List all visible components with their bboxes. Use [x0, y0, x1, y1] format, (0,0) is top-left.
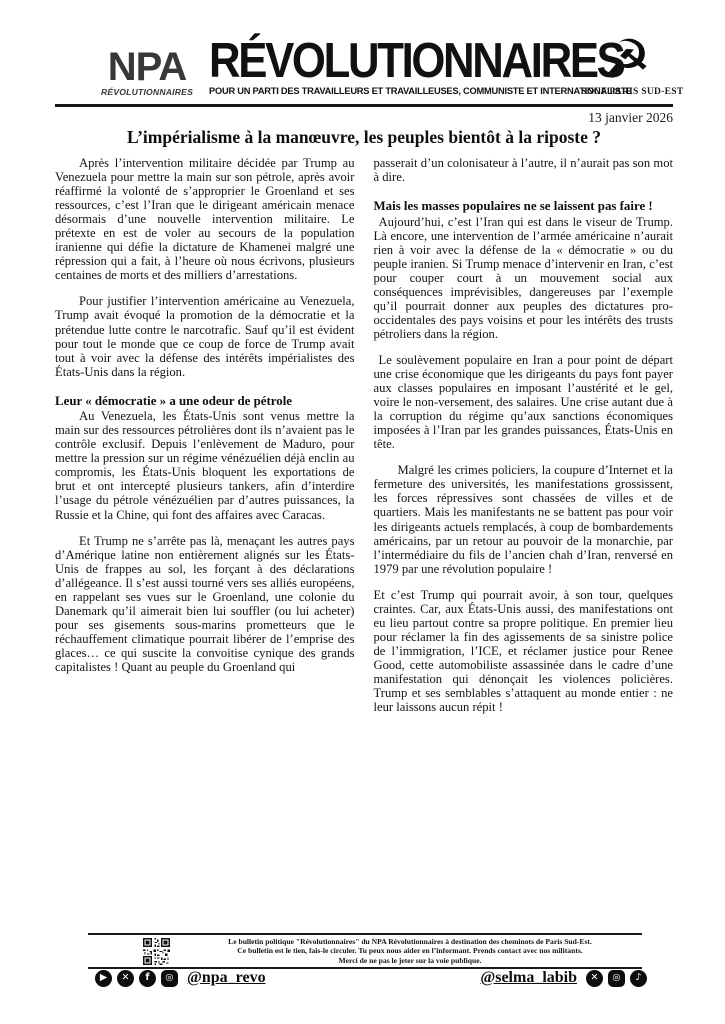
masthead-title: RÉVOLUTIONNAIRES: [209, 37, 542, 83]
masthead-subtitle: POUR UN PARTI DES TRAVAILLEURS ET TRAVAI…: [209, 86, 556, 97]
paragraph: Et Trump ne s’arrête pas là, menaçant le…: [55, 534, 355, 674]
masthead: NPA RÉVOLUTIONNAIRES RÉVOLUTIONNAIRES PO…: [55, 34, 673, 107]
paragraph: Pour justifier l’intervention américaine…: [55, 294, 355, 378]
footer-line-3: Merci de ne pas le jeter sur la voie pub…: [178, 956, 642, 965]
instagram-icon: ◎: [608, 970, 625, 987]
facebook-icon: f: [139, 970, 156, 987]
issue-date: 13 janvier 2026: [55, 110, 673, 126]
npa-logo: NPA RÉVOLUTIONNAIRES: [55, 49, 193, 97]
section-heading: Mais les masses populaires ne se laissen…: [374, 199, 674, 214]
paragraph: passerait d’un colonisateur à l’autre, i…: [374, 156, 674, 184]
npa-logo-title: NPA: [101, 49, 193, 85]
paragraph: Le soulèvement populaire en Iran a pour …: [374, 353, 674, 451]
tiktok-icon: ♪: [630, 970, 647, 987]
paragraph: Et c’est Trump qui pourrait avoir, à son…: [374, 588, 674, 714]
social-right: @selma_labib ✕ ◎ ♪: [476, 969, 647, 987]
youtube-icon: ▶: [95, 970, 112, 987]
headline: L’impérialisme à la manœuvre, les peuple…: [55, 127, 673, 147]
footer-text: Le bulletin politique "Révolutionnaires"…: [178, 937, 642, 965]
x-twitter-icon: ✕: [117, 970, 134, 987]
paragraph: Malgré les crimes policiers, la coupure …: [374, 463, 674, 575]
instagram-icon: ◎: [161, 970, 178, 987]
bulletin-page: NPA RÉVOLUTIONNAIRES RÉVOLUTIONNAIRES PO…: [0, 0, 725, 1024]
footer-strip: Le bulletin politique "Révolutionnaires"…: [88, 933, 642, 969]
masthead-center: RÉVOLUTIONNAIRES POUR UN PARTI DES TRAVA…: [207, 39, 567, 97]
section-heading: Leur « démocratie » a une odeur de pétro…: [55, 394, 355, 409]
npa-handle: @npa_revo: [187, 969, 266, 987]
npa-logo-subtitle: RÉVOLUTIONNAIRES: [101, 87, 193, 97]
social-bar: ▶ ✕ f ◎ @npa_revo @selma_labib ✕ ◎ ♪: [95, 966, 647, 990]
footer-line-1: Le bulletin politique "Révolutionnaires"…: [178, 937, 642, 946]
selma-handle: @selma_labib: [480, 969, 577, 987]
right-column: passerait d’un colonisateur à l’autre, i…: [374, 156, 674, 726]
qr-code: [143, 938, 170, 965]
x-twitter-icon: ✕: [586, 970, 603, 987]
paragraph: Au Venezuela, les États-Unis sont venus …: [55, 409, 355, 521]
social-left: ▶ ✕ f ◎ @npa_revo: [95, 969, 270, 987]
paragraph: Aujourd’hui, c’est l’Iran qui est dans l…: [374, 215, 674, 341]
left-column: Après l’intervention militaire décidée p…: [55, 156, 355, 726]
footer-line-2: Ce bulletin est le tien, fais-le circule…: [178, 946, 642, 955]
article: Après l’intervention militaire décidée p…: [55, 156, 673, 726]
paragraph: Après l’intervention militaire décidée p…: [55, 156, 355, 282]
